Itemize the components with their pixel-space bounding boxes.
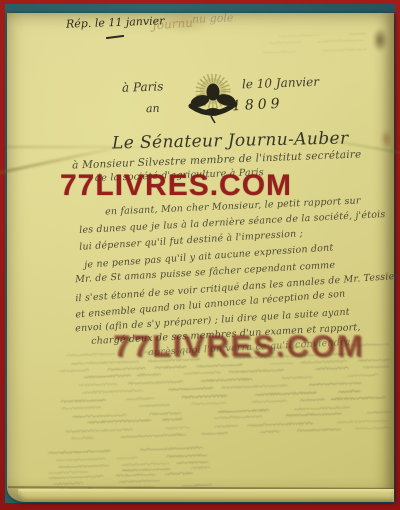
watermark-text: 77LIVRES.COM [60, 171, 292, 201]
under-sheet-edge [18, 489, 394, 502]
faint-annotation: nu gole [192, 11, 234, 25]
letterhead-date: le 10 Janvier [242, 75, 319, 92]
faint-annotation: Journu [152, 16, 194, 33]
letterhead-an-label: an [146, 102, 160, 115]
imperial-vignette-icon [181, 74, 245, 126]
letterhead-place: à Paris [122, 79, 164, 94]
watermark-text: 77LIVRES.COM [113, 330, 364, 361]
photo-frame: Rép. le 11 janvier Journu nu gole à Pari… [0, 0, 400, 510]
